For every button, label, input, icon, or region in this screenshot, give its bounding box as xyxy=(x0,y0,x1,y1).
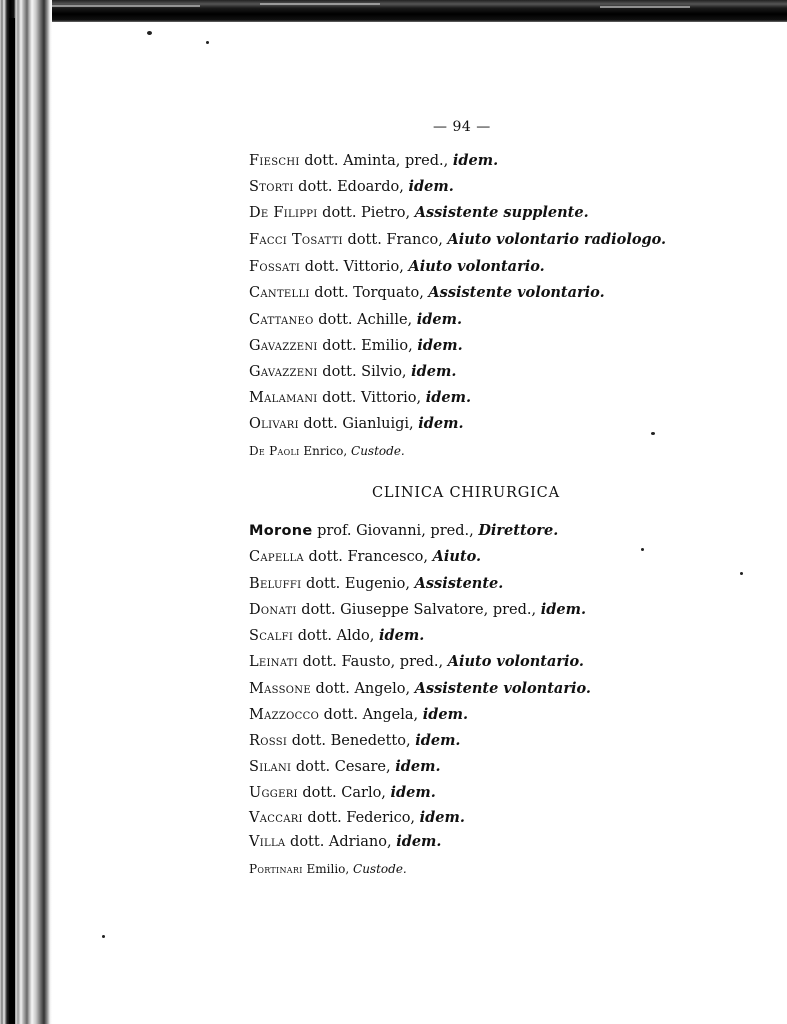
details: dott. Torquato, xyxy=(310,285,429,301)
details: dott. Emilio, xyxy=(318,338,418,354)
list-item: Scalfi dott. Aldo, idem. xyxy=(249,627,424,645)
list-item: Silani dott. Cesare, idem. xyxy=(249,758,441,776)
list-item: Beluffi dott. Eugenio, Assistente. xyxy=(249,575,503,593)
page-number: — 94 — xyxy=(433,119,491,135)
role: idem. xyxy=(423,706,468,723)
details: prof. Giovanni, pred., xyxy=(312,523,478,539)
details: dott. Pietro, xyxy=(318,205,415,221)
list-item: Vaccari dott. Federico, idem. xyxy=(249,809,465,827)
role: Aiuto volontario. xyxy=(448,653,584,670)
list-item: Uggeri dott. Carlo, idem. xyxy=(249,784,436,802)
list-item: Capella dott. Francesco, Aiuto. xyxy=(249,548,481,566)
details: Emilio, xyxy=(303,862,353,876)
role: idem. xyxy=(411,363,456,380)
list-item: Gavazzeni dott. Silvio, idem. xyxy=(249,363,456,381)
surname: Morone xyxy=(249,523,312,539)
list-item: Donati dott. Giuseppe Salvatore, pred., … xyxy=(249,601,586,619)
surname: Uggeri xyxy=(249,785,298,801)
role: Assistente. xyxy=(415,575,504,592)
list-item: Fieschi dott. Aminta, pred., idem. xyxy=(249,152,498,170)
role: Aiuto. xyxy=(433,548,481,565)
list-item: De Paoli Enrico, Custode. xyxy=(249,442,405,460)
role: idem. xyxy=(395,758,440,775)
details: dott. Aminta, pred., xyxy=(300,153,453,169)
role: idem. xyxy=(379,627,424,644)
list-item: De Filippi dott. Pietro, Assistente supp… xyxy=(249,204,589,222)
details: dott. Franco, xyxy=(343,232,448,248)
surname: Vaccari xyxy=(249,810,303,826)
surname: Rossi xyxy=(249,733,287,749)
book-binding-edge xyxy=(0,0,52,1024)
scan-speck xyxy=(651,432,655,435)
details: dott. Giuseppe Salvatore, pred., xyxy=(297,602,541,618)
details: dott. Angelo, xyxy=(311,681,415,697)
list-item: Cattaneo dott. Achille, idem. xyxy=(249,311,462,329)
details: dott. Federico, xyxy=(303,810,420,826)
role: idem. xyxy=(417,311,462,328)
role: idem. xyxy=(417,337,462,354)
surname: De Filippi xyxy=(249,205,318,221)
list-item: Portinari Emilio, Custode. xyxy=(249,860,407,878)
details: dott. Achille, xyxy=(314,312,417,328)
details: dott. Benedetto, xyxy=(287,733,415,749)
surname: Cattaneo xyxy=(249,312,314,328)
list-item: Morone prof. Giovanni, pred., Direttore. xyxy=(249,522,558,540)
surname: Leinati xyxy=(249,654,298,670)
scan-speck xyxy=(740,572,743,575)
surname: Fieschi xyxy=(249,153,300,169)
surname: Malamani xyxy=(249,390,318,406)
role: Custode. xyxy=(353,862,407,876)
scan-speck xyxy=(102,935,105,938)
role: idem. xyxy=(426,389,471,406)
section-heading: CLINICA CHIRURGICA xyxy=(372,485,560,501)
details: Enrico, xyxy=(300,444,351,458)
role: Aiuto volontario. xyxy=(408,258,544,275)
list-item: Storti dott. Edoardo, idem. xyxy=(249,178,454,196)
details: dott. Angela, xyxy=(319,707,423,723)
surname: Capella xyxy=(249,549,304,565)
surname: Villa xyxy=(249,834,285,850)
surname: Olivari xyxy=(249,416,299,432)
role: idem. xyxy=(541,601,586,618)
binding-shadow xyxy=(9,18,15,1024)
surname: De Paoli xyxy=(249,444,300,458)
role: idem. xyxy=(453,152,498,169)
surname: Gavazzeni xyxy=(249,364,318,380)
surname: Cantelli xyxy=(249,285,310,301)
details: dott. Vittorio, xyxy=(318,390,426,406)
surname: Fossati xyxy=(249,259,300,275)
role: Assistente volontario. xyxy=(428,284,604,301)
surname: Portinari xyxy=(249,862,303,876)
role: Assistente supplente. xyxy=(415,204,589,221)
surname: Facci Tosatti xyxy=(249,232,343,248)
role: idem. xyxy=(396,833,441,850)
details: dott. Vittorio, xyxy=(300,259,408,275)
list-item: Gavazzeni dott. Emilio, idem. xyxy=(249,337,463,355)
details: dott. Carlo, xyxy=(298,785,391,801)
list-item: Villa dott. Adriano, idem. xyxy=(249,833,441,851)
list-item: Leinati dott. Fausto, pred., Aiuto volon… xyxy=(249,653,584,671)
surname: Donati xyxy=(249,602,297,618)
details: dott. Silvio, xyxy=(318,364,411,380)
list-item: Rossi dott. Benedetto, idem. xyxy=(249,732,460,750)
role: idem. xyxy=(418,415,463,432)
surname: Silani xyxy=(249,759,291,775)
role: idem. xyxy=(408,178,453,195)
details: dott. Fausto, pred., xyxy=(298,654,448,670)
details: dott. Adriano, xyxy=(285,834,396,850)
scan-speck xyxy=(147,31,152,35)
role: Custode. xyxy=(351,444,405,458)
surname: Beluffi xyxy=(249,576,301,592)
list-item: Facci Tosatti dott. Franco, Aiuto volont… xyxy=(249,231,666,249)
scan-top-border xyxy=(0,0,787,22)
details: dott. Edoardo, xyxy=(294,179,409,195)
surname: Storti xyxy=(249,179,294,195)
surname: Mazzocco xyxy=(249,707,319,723)
scan-speck xyxy=(641,548,644,551)
details: dott. Cesare, xyxy=(291,759,395,775)
details: dott. Gianluigi, xyxy=(299,416,418,432)
surname: Gavazzeni xyxy=(249,338,318,354)
role: idem. xyxy=(420,809,465,826)
details: dott. Francesco, xyxy=(304,549,433,565)
role: idem. xyxy=(415,732,460,749)
details: dott. Aldo, xyxy=(293,628,379,644)
role: idem. xyxy=(391,784,436,801)
role: Direttore. xyxy=(478,522,558,539)
list-item: Cantelli dott. Torquato, Assistente volo… xyxy=(249,284,605,302)
details: dott. Eugenio, xyxy=(301,576,414,592)
role: Aiuto volontario radiologo. xyxy=(447,231,666,248)
surname: Massone xyxy=(249,681,311,697)
list-item: Fossati dott. Vittorio, Aiuto volontario… xyxy=(249,258,545,276)
list-item: Mazzocco dott. Angela, idem. xyxy=(249,706,468,724)
role: Assistente volontario. xyxy=(415,680,591,697)
list-item: Olivari dott. Gianluigi, idem. xyxy=(249,415,464,433)
list-item: Massone dott. Angelo, Assistente volonta… xyxy=(249,680,591,698)
list-item: Malamani dott. Vittorio, idem. xyxy=(249,389,471,407)
scan-speck xyxy=(206,41,209,44)
surname: Scalfi xyxy=(249,628,293,644)
